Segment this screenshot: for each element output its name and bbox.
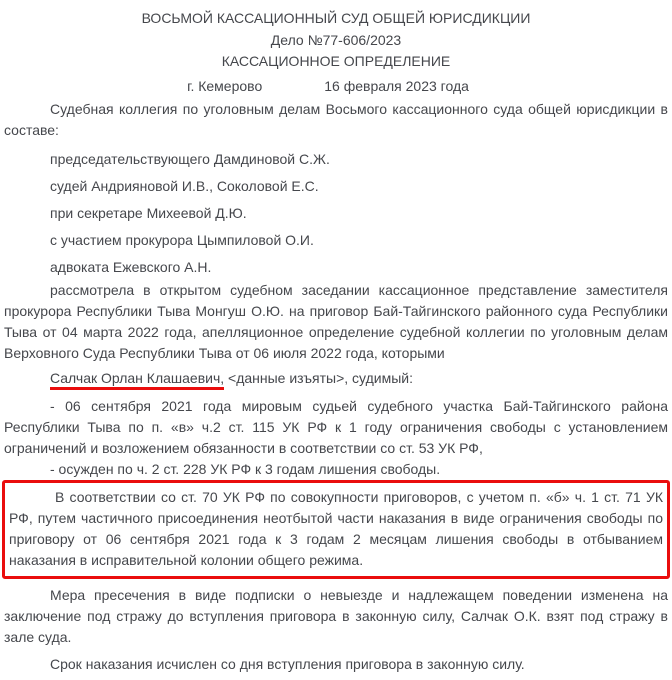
- paragraph-term-start: Срок наказания исчислен со дня вступлени…: [4, 654, 668, 675]
- paragraph-presiding-judge: председательствующего Дамдиновой С.Ж.: [4, 149, 668, 170]
- court-name-heading: ВОСЬМОЙ КАССАЦИОННЫЙ СУД ОБЩЕЙ ЮРИСДИКЦИ…: [4, 8, 668, 29]
- defendant-status: <данные изъяты>, судимый:: [224, 370, 413, 386]
- paragraph-final-sentence: В соответствии со ст. 70 УК РФ по совоку…: [9, 487, 663, 571]
- place-label: г. Кемерово: [187, 76, 262, 97]
- paragraph-defendant: Салчак Орлан Клашаевич, <данные изъяты>,…: [4, 368, 668, 389]
- paragraph-prosecutor: с участием прокурора Цымпиловой О.И.: [4, 230, 668, 251]
- paragraph-secretary: при секретаре Михеевой Д.Ю.: [4, 203, 668, 224]
- defendant-name-underlined: Салчак Орлан Клашаевич,: [50, 370, 224, 390]
- paragraph-advocate: адвоката Ежевского А.Н.: [4, 257, 668, 278]
- highlight-box-annotation: В соответствии со ст. 70 УК РФ по совоку…: [2, 480, 670, 579]
- paragraph-judges: судей Андрияновой И.В., Соколовой Е.С.: [4, 176, 668, 197]
- paragraph-prior-conviction: - 06 сентября 2021 года мировым судьей с…: [4, 396, 668, 459]
- paragraph-convicted: - осужден по ч. 2 ст. 228 УК РФ к 3 года…: [4, 459, 668, 480]
- case-number: Дело №77-606/2023: [4, 30, 668, 51]
- date-label: 16 февраля 2023 года: [324, 76, 469, 97]
- place-date-line: г. Кемерово 16 февраля 2023 года: [0, 76, 660, 97]
- paragraph-case-considered: рассмотрела в открытом судебном заседани…: [4, 280, 668, 364]
- document-type-heading: КАССАЦИОННОЕ ОПРЕДЕЛЕНИЕ: [4, 51, 668, 72]
- paragraph-collegium: Судебная коллегия по уголовным делам Вос…: [4, 99, 668, 141]
- court-document-page: ВОСЬМОЙ КАССАЦИОННЫЙ СУД ОБЩЕЙ ЮРИСДИКЦИ…: [0, 0, 672, 680]
- paragraph-preventive-measure: Мера пресечения в виде подписки о невыез…: [4, 585, 668, 648]
